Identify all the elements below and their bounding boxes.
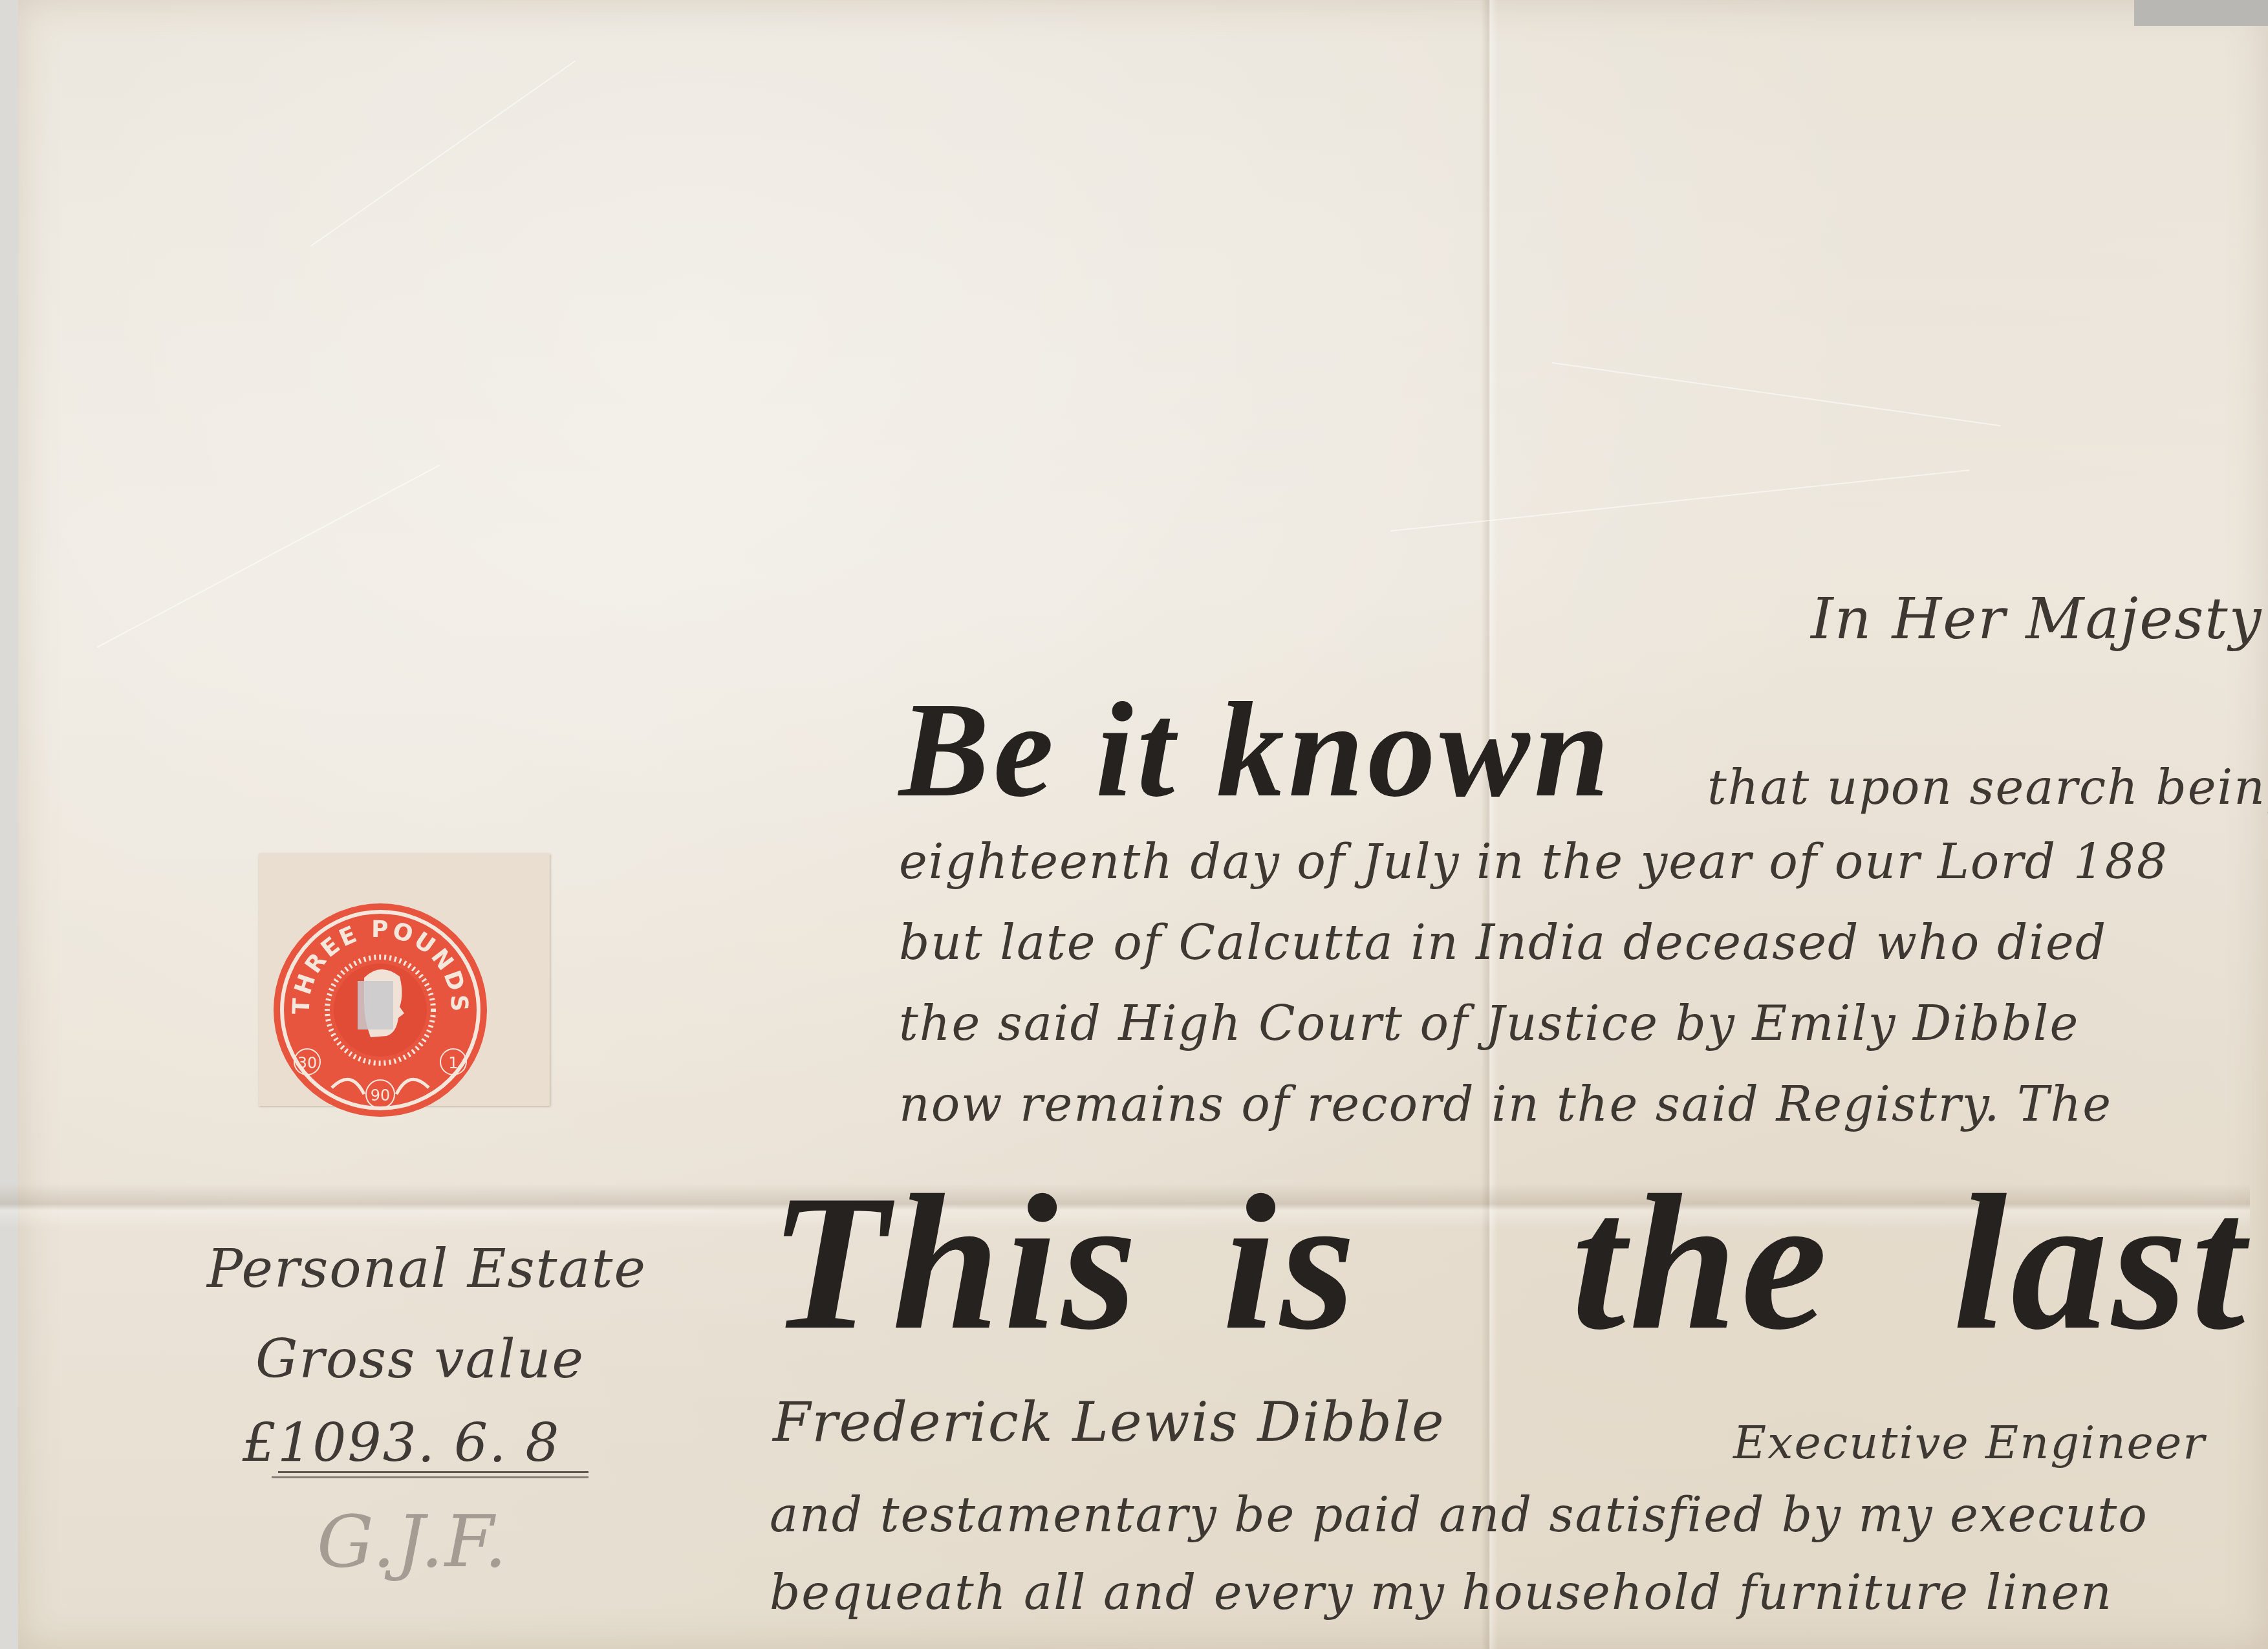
svg-text:1: 1 [448, 1054, 458, 1072]
margin-rule [272, 1476, 589, 1478]
body-line: the said High Court of Justice by Emily … [899, 996, 2079, 1051]
document-heading: In Her Majesty's [1811, 585, 2268, 652]
body-line: but late of Calcutta in India deceased w… [899, 915, 2107, 971]
body-line: eighteenth day of July in the year of ou… [899, 834, 2168, 890]
margin-rule [278, 1471, 589, 1473]
will-opening: This is the last [770, 1151, 2268, 1384]
scanner-edge [2134, 0, 2268, 26]
will-line: and testamentary be paid and satisfied b… [770, 1487, 2148, 1543]
margin-note-label: Gross value [255, 1329, 585, 1390]
testator-name: Frederick Lewis Dibble [773, 1390, 1445, 1454]
margin-note-amount: £1093. 6. 8 [243, 1413, 560, 1474]
svg-text:30: 30 [297, 1054, 318, 1072]
preamble-opening: Be it known [899, 673, 1614, 828]
body-line: now remains of record in the said Regist… [899, 1077, 2112, 1132]
scanned-page: In Her Majesty's Be it known that upon s… [0, 0, 2268, 1649]
will-opening-word: This [770, 1151, 1141, 1374]
margin-note-title: Personal Estate [207, 1238, 647, 1300]
testator-occupation: Executive Engineer [1733, 1416, 2206, 1469]
will-opening-word: is [1222, 1151, 1359, 1374]
margin-initials: G.J.F. [317, 1500, 508, 1583]
embossed-stamp-icon: THREE POUNDS 30 1 90 [267, 900, 493, 1126]
revenue-stamp: THREE POUNDS 30 1 90 [267, 900, 493, 1126]
body-line: that upon search being [1707, 760, 2268, 815]
svg-text:90: 90 [371, 1086, 391, 1105]
will-opening-word: last [1953, 1151, 2249, 1374]
will-opening-word: the [1571, 1151, 1831, 1374]
will-line: bequeath all and every my household furn… [770, 1565, 2113, 1621]
